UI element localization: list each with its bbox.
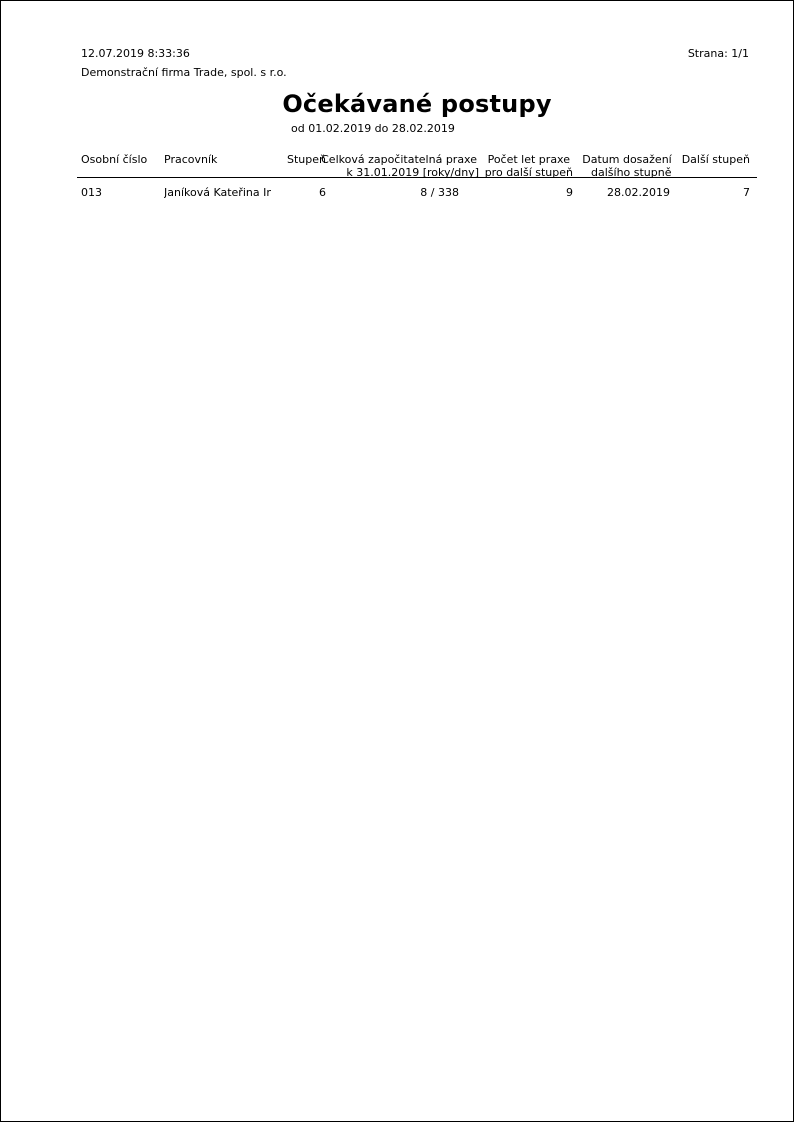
report-title: Očekávané postupy xyxy=(1,89,794,119)
col-header-practice-line1: Celková započitatelná praxe xyxy=(321,153,477,166)
col-header-personal-number: Osobní číslo xyxy=(81,153,147,166)
cell-employee: Janíková Kateřina Ing. xyxy=(164,186,271,199)
cell-grade: 6 xyxy=(281,186,326,199)
col-header-date-line1: Datum dosažení xyxy=(579,153,675,166)
cell-date-next: 28.02.2019 xyxy=(591,186,670,199)
col-header-years-line1: Počet let praxe xyxy=(471,153,570,166)
print-datetime: 12.07.2019 8:33:36 xyxy=(81,47,190,60)
cell-years-for-next: 9 xyxy=(501,186,573,199)
report-period: od 01.02.2019 do 28.02.2019 xyxy=(291,122,455,135)
page-number: Strana: 1/1 xyxy=(688,47,749,60)
cell-next-grade: 7 xyxy=(701,186,750,199)
company-name: Demonstrační firma Trade, spol. s r.o. xyxy=(81,66,287,79)
cell-practice: 8 / 338 xyxy=(381,186,459,199)
col-header-grade: Stupeň xyxy=(271,153,326,166)
header-divider xyxy=(77,177,757,178)
report-page: 12.07.2019 8:33:36 Demonstrační firma Tr… xyxy=(0,0,794,1122)
col-header-next-grade: Další stupeň xyxy=(677,153,750,166)
col-header-employee: Pracovník xyxy=(164,153,217,166)
cell-personal-number: 013 xyxy=(81,186,102,199)
